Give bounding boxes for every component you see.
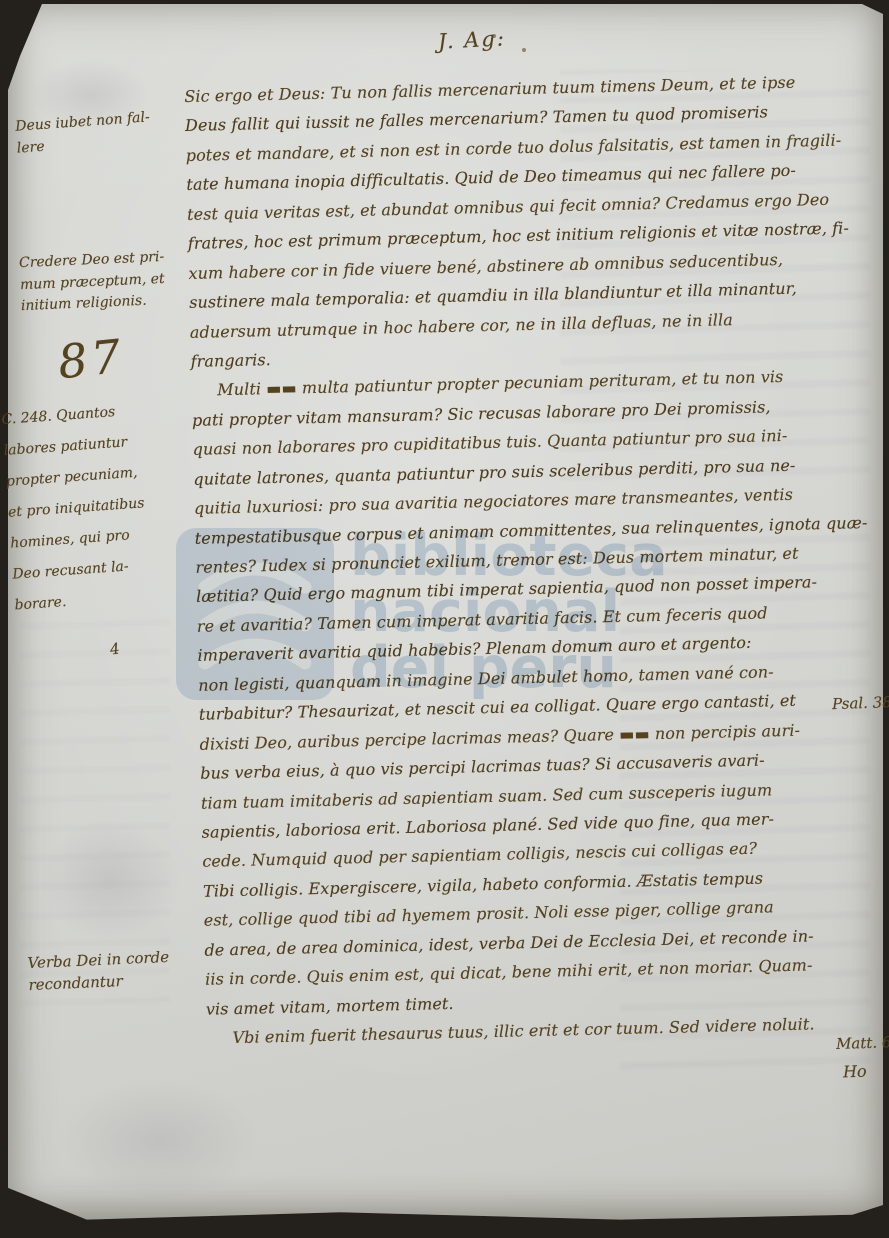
- margin-note-psalm-citation: Psal. 38.: [832, 693, 889, 713]
- margin-note-verba-dei: Verba Dei in corde recondantur: [27, 947, 170, 996]
- margin-note-credere-deo: Credere Deo est pri- mum præceptum, et i…: [19, 247, 167, 318]
- margin-note-quantos-labores: C. 248. Quantos labores patiuntur propte…: [1, 396, 152, 622]
- margin-note-matthew-citation: Matt. 6.: [836, 1033, 889, 1053]
- header-mark: J. Ag:: [437, 26, 506, 54]
- main-text-block: Sic ergo et Deus: Tu non fallis mercenar…: [184, 66, 889, 1054]
- catchword: Ho: [843, 1062, 867, 1082]
- stray-mark: 4: [109, 639, 121, 658]
- page-number: 87: [55, 329, 127, 390]
- ink-speck: [522, 48, 526, 52]
- manuscript-photo: { "page": { "header_mark": "J. Ag:", "pa…: [0, 0, 889, 1238]
- ink-speck: [492, 34, 496, 38]
